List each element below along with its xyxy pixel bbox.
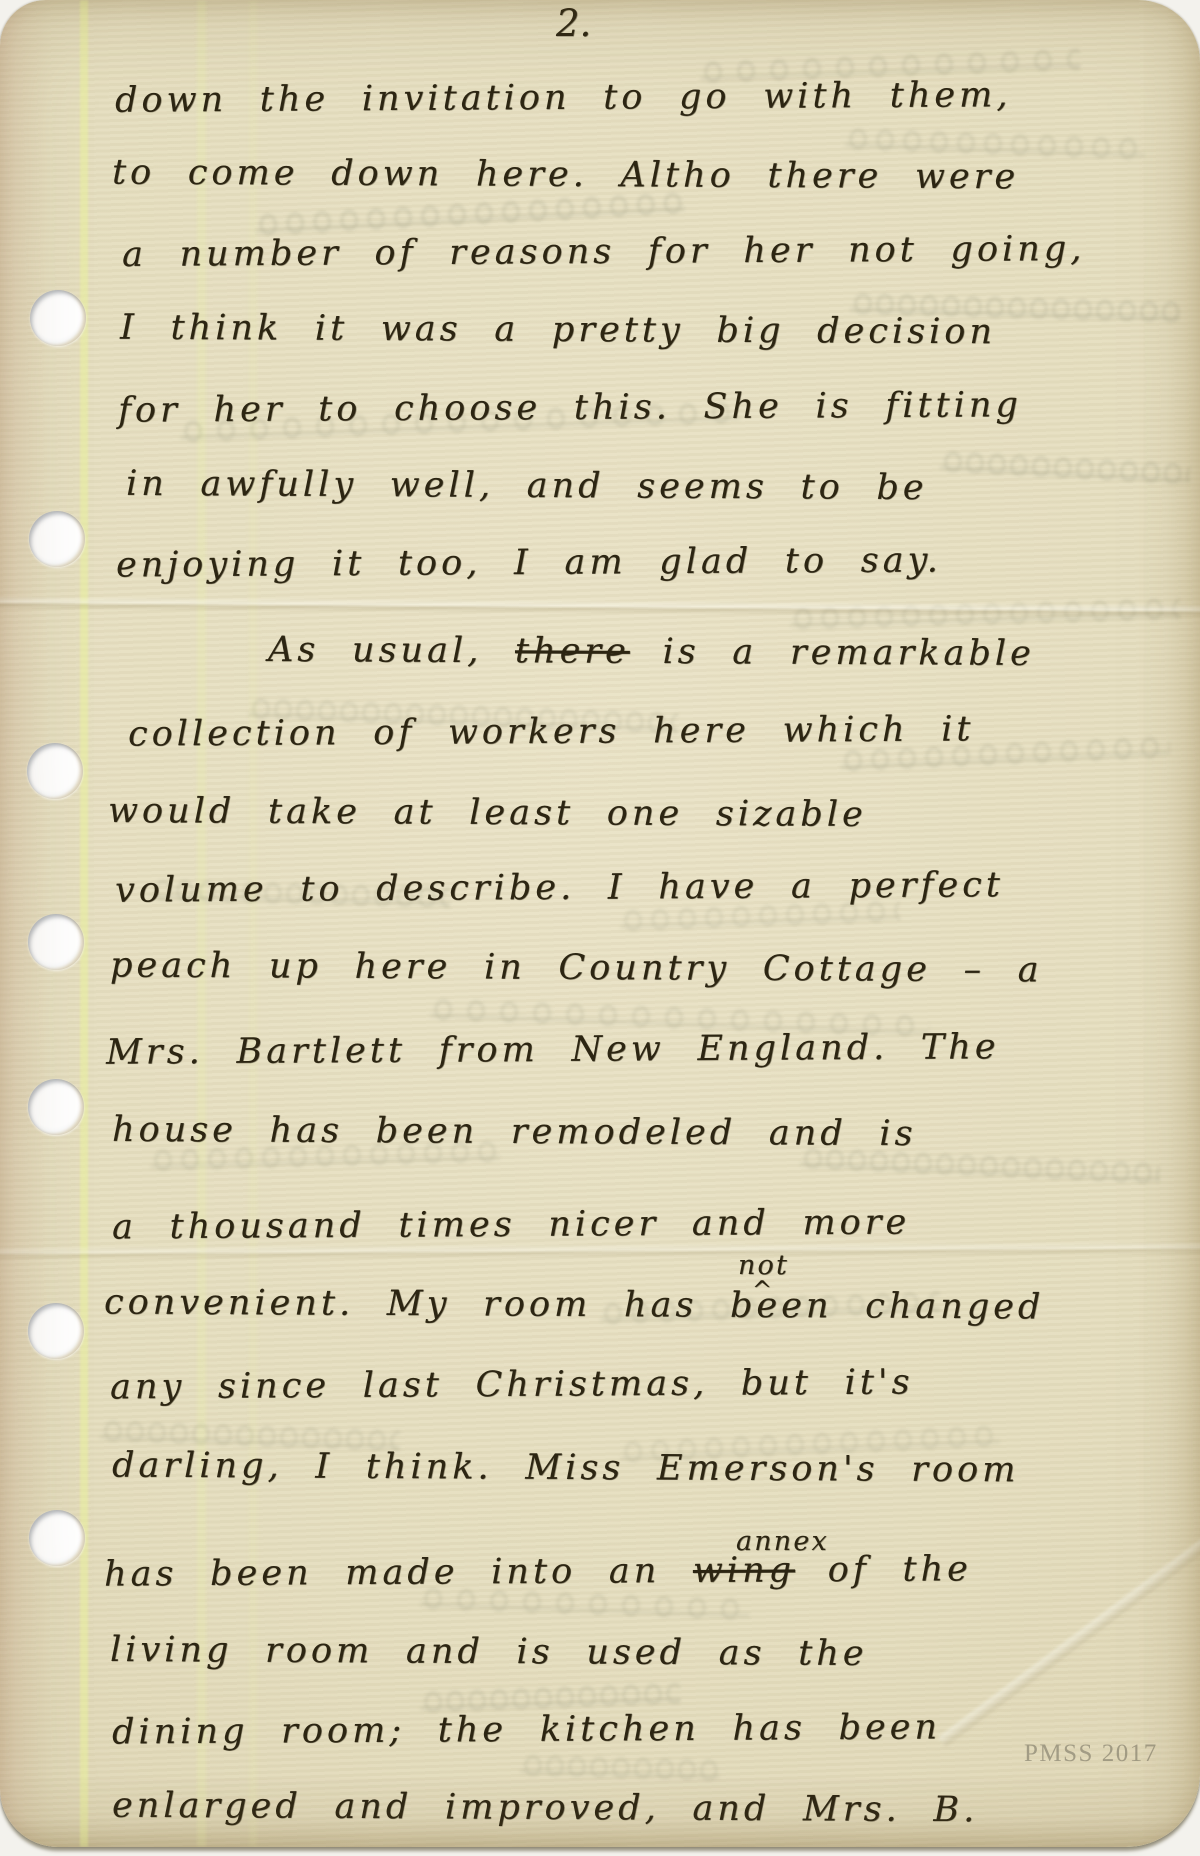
handwritten-line: I think it was a pretty big decision: [120, 308, 996, 353]
punch-hole: [28, 1303, 84, 1359]
punch-hole: [28, 1079, 84, 1135]
handwritten-line: enlarged and improved, and Mrs. B.: [112, 1786, 978, 1831]
handwritten-line: for her to choose this. She is fitting: [118, 385, 1022, 431]
line-text: enjoying it too, I am glad to say.: [116, 540, 942, 585]
line-text: As usual,: [268, 630, 515, 671]
handwritten-line: darling, I think. Miss Emerson's room: [112, 1446, 1020, 1491]
line-text: convenient. My room has been changed: [104, 1283, 1045, 1328]
handwritten-line: living room and is used as the: [110, 1630, 868, 1674]
punch-hole: [28, 914, 84, 970]
handwritten-line: has been made into an wing of the: [104, 1549, 972, 1594]
line-text: darling, I think. Miss Emerson's room: [112, 1446, 1020, 1491]
handwritten-line: volume to describe. I have a perfect: [115, 865, 1004, 910]
line-text: peach up here in Country Cottage – a: [110, 946, 1043, 991]
line-text: has been made into an: [104, 1551, 693, 1595]
inserted-word: not: [738, 1250, 789, 1281]
line-text: is a remarkable: [630, 632, 1035, 674]
punch-hole: [29, 1510, 85, 1566]
watermark: PMSS 2017: [1024, 1740, 1158, 1768]
margin-stripe: [80, 0, 88, 1847]
handwritten-line: to come down here. Altho there were: [112, 153, 1019, 198]
handwritten-line: Mrs. Bartlett from New England. The: [106, 1027, 1000, 1072]
line-text: enlarged and improved, and Mrs. B.: [112, 1786, 978, 1831]
line-text: a thousand times nicer and more: [112, 1203, 910, 1248]
line-text: collection of workers here which it: [128, 709, 975, 754]
line-text: for her to choose this. She is fitting: [118, 385, 1022, 431]
line-text: any since last Christmas, but it's: [110, 1363, 914, 1408]
handwritten-line: convenient. My room has been changed: [104, 1283, 1045, 1328]
page-number: 2.: [556, 2, 591, 45]
handwritten-line: dining room; the kitchen has been: [112, 1707, 941, 1752]
handwritten-line: enjoying it too, I am glad to say.: [116, 540, 942, 585]
punch-hole: [30, 290, 86, 346]
handwritten-line: in awfully well, and seems to be: [126, 464, 928, 508]
inserted-word: annex: [736, 1526, 829, 1557]
line-text: living room and is used as the: [110, 1630, 868, 1674]
handwritten-line: would take at least one sizable: [108, 791, 867, 835]
scanned-letter: 2. down the invitation to go with them,t…: [0, 0, 1200, 1856]
letter-page: 2. down the invitation to go with them,t…: [0, 0, 1200, 1847]
handwritten-line: As usual, there is a remarkable: [268, 630, 1035, 674]
handwritten-line: any since last Christmas, but it's: [110, 1363, 914, 1408]
punch-hole: [29, 511, 85, 567]
line-text: in awfully well, and seems to be: [126, 464, 928, 508]
line-text: to come down here. Altho there were: [112, 153, 1019, 198]
line-text: Mrs. Bartlett from New England. The: [106, 1027, 1000, 1072]
line-text: down the invitation to go with them,: [115, 75, 1012, 120]
line-text: I think it was a pretty big decision: [120, 308, 996, 353]
line-text: a number of reasons for her not going,: [122, 229, 1086, 275]
line-text: volume to describe. I have a perfect: [115, 865, 1004, 910]
line-text: dining room; the kitchen has been: [112, 1707, 941, 1752]
line-text: house has been remodeled and is: [112, 1110, 917, 1154]
punch-hole: [27, 743, 83, 799]
handwritten-line: peach up here in Country Cottage – a: [110, 946, 1043, 991]
handwritten-line: down the invitation to go with them,: [115, 75, 1012, 120]
struck-word: there: [515, 631, 630, 672]
handwritten-line: collection of workers here which it: [128, 709, 975, 754]
line-text: would take at least one sizable: [108, 791, 867, 835]
handwritten-line: a number of reasons for her not going,: [122, 229, 1086, 275]
handwritten-line: house has been remodeled and is: [112, 1110, 917, 1154]
handwritten-line: a thousand times nicer and more: [112, 1203, 910, 1248]
